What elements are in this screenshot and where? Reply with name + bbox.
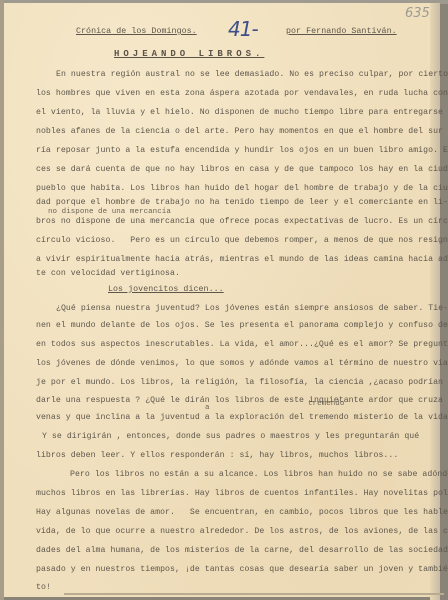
body-line: Hay algunas novelas de amor. Se encuentr… (36, 508, 448, 517)
interlinear-correction: a (205, 404, 210, 412)
body-line: los hombres que viven en esta zona ásper… (36, 89, 448, 98)
body-line: círculo vicioso. Pero es un círculo que … (36, 236, 448, 245)
body-line: En nuestra región austral no se lee dema… (56, 70, 448, 79)
interlinear-correction: no dispone de una mercancía (48, 208, 171, 216)
body-line: ría reposar junto a la estufa encendida … (36, 146, 448, 155)
typewritten-page: 635 Crónica de los Domingos. 41- por Fer… (4, 3, 440, 597)
section-heading: Los jovencitos dicen... (108, 285, 224, 294)
interlinear-correction: tremendo (308, 400, 344, 408)
body-line: ces se dará cuenta de que no hay libros … (36, 165, 448, 174)
author-byline: por Fernando Santiván. (286, 27, 397, 36)
body-line: dad porque el hombre de trabajo no ha te… (36, 198, 448, 207)
body-line: Pero los libros no están a su alcance. L… (70, 470, 448, 479)
body-line: venas y que inclina a la juventud a la e… (36, 413, 448, 422)
column-name: Crónica de los Domingos. (76, 27, 197, 36)
body-line: ¿Qué piensa nuestra juventud? Los jóvene… (56, 304, 448, 313)
body-line: dades del alma humana, de los misterios … (36, 546, 448, 555)
body-line: te con velocidad vertiginosa. (36, 269, 180, 278)
body-line: en todos sus aspectos inescrutables. La … (36, 340, 448, 349)
body-line: darle una respuesta ? ¿Qué le dirán los … (36, 396, 448, 405)
body-line: muchos libros en las librerías. Hay libr… (36, 489, 448, 498)
archive-number: 635 (405, 6, 430, 21)
body-line: to! (36, 583, 51, 592)
body-line: nobles afanes de la ciencia o del arte. … (36, 127, 448, 136)
body-line: nen el mundo delante de los ojos. Se les… (36, 321, 448, 330)
page-bottom-edge (64, 593, 444, 595)
body-line: el viento, la lluvia y el hielo. No disp… (36, 108, 448, 117)
handwritten-number: 41- (228, 17, 258, 41)
body-line: pasado y en nuestros tiempos, ¡de tantas… (36, 565, 448, 574)
body-line: je por el mundo. Los libros, la religión… (36, 378, 443, 387)
body-line: bros no dispone de una mercancía que ofr… (36, 217, 448, 226)
body-line: Y se dirigirán , entonces, donde sus pad… (42, 432, 419, 441)
body-line: a vivir espiritualmente hacia atrás, mie… (36, 255, 448, 264)
body-line: los jóvenes de dónde venimos, lo que som… (36, 359, 448, 368)
article-title: HOJEANDO LIBROS. (114, 49, 264, 59)
body-line: libros deben leer. Y ellos responderán :… (36, 451, 398, 460)
body-line: vida, de lo que ocurre a nuestro alreded… (36, 527, 448, 536)
body-line: pueblo que habita. Los libros han huido … (36, 184, 448, 193)
